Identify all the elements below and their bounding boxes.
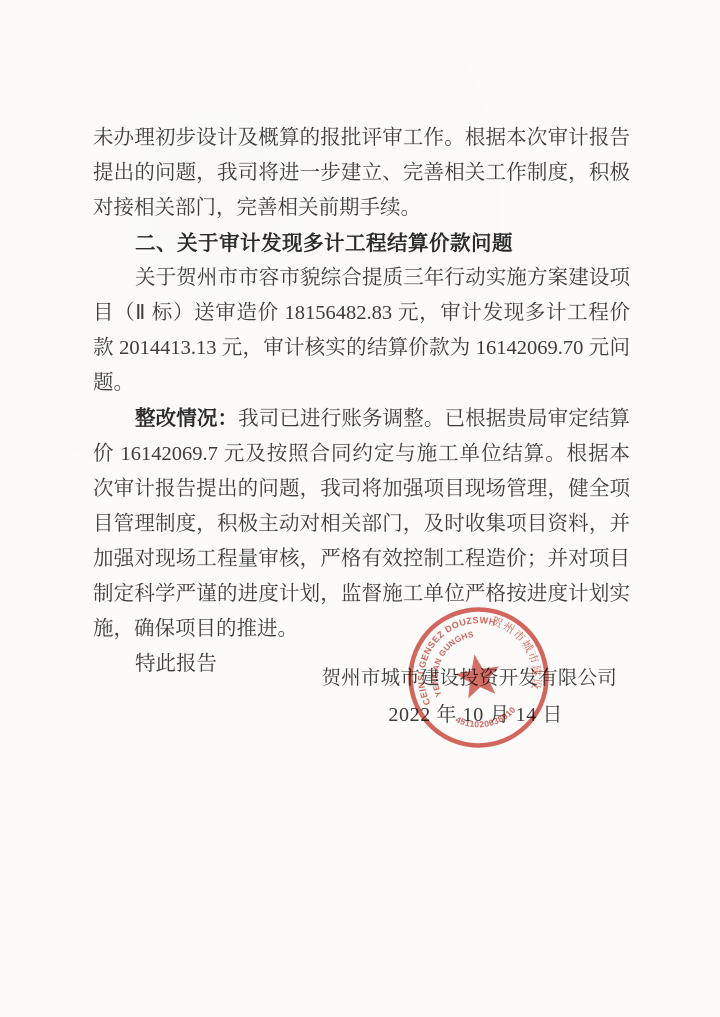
company-seal-stamp: CEINSI GENSEZ DOUZSWH 贺州市城市建设投资开发有限公司 YE…: [391, 590, 566, 765]
scanned-document-page: 未办理初步设计及概算的报批评审工作。根据本次审计报告提出的问题，我司将进一步建立…: [0, 0, 720, 1017]
red-star-icon: [453, 651, 504, 700]
paragraph-continuation: 未办理初步设计及概算的报批评审工作。根据本次审计报告提出的问题，我司将进一步建立…: [93, 121, 630, 226]
paragraph-rectification-text: 我司已进行账务调整。已根据贵局审定结算价 16142069.7 元及按照合同约定…: [93, 408, 630, 640]
paragraph-audit-finding: 关于贺州市市容市貌综合提质三年行动实施方案建设项目（Ⅱ 标）送审造价 18156…: [93, 261, 630, 401]
paragraph-rectification: 整改情况：我司已进行账务调整。已根据贵局审定结算价 16142069.7 元及按…: [93, 401, 630, 647]
paragraph-lead: 整改情况：: [135, 407, 238, 430]
section-heading: 二、关于审计发现多计工程结算价款问题: [93, 226, 630, 261]
document-body: 未办理初步设计及概算的报批评审工作。根据本次审计报告提出的问题，我司将进一步建立…: [93, 121, 630, 682]
svg-text:4511020038910: 4511020038910: [453, 704, 520, 735]
seal-registration-number: 4511020038910: [453, 704, 520, 735]
